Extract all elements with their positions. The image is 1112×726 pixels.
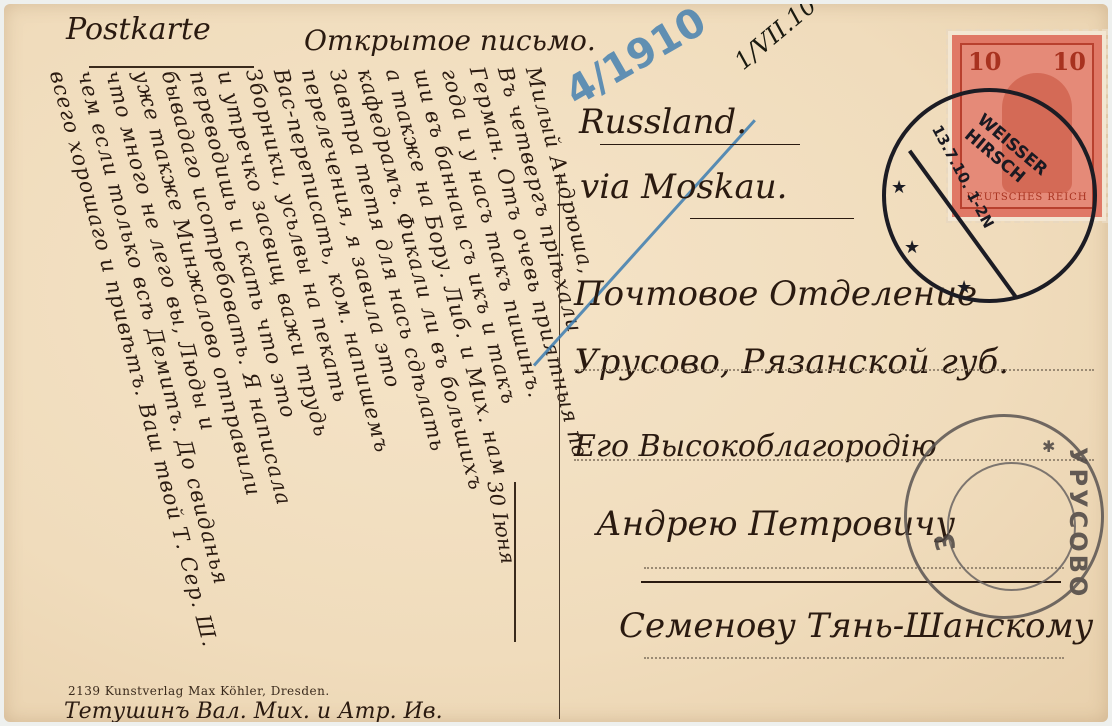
message-closing: Тетушинъ Вал. Мих. и Атр. Ив. [64,699,443,722]
star-icon: ★ [956,277,972,298]
address-dotted-line [644,657,1064,659]
departure-postmark: WEISSER HIRSCH 13.7.10. 1-2N ★ ★ ★ [882,88,1097,303]
asterisk-icon: ✱ [1042,437,1055,456]
stamp-value-left: 10 [968,47,1001,76]
address-line-4: Андрею Петровичу [596,504,955,544]
address-line-1: Почтовое Отделение [574,274,977,314]
star-icon: ★ [891,177,907,198]
address-dotted-line [574,369,1094,371]
star-icon: ★ [904,237,920,258]
route-underline [690,218,854,219]
postcard: Postkarte Открытое письмо. Милый Андрюша… [4,4,1108,722]
corner-date-annotation: 1/VII.10 [729,4,822,75]
arrival-postmark: УРУСОВО 3 ✱ [904,414,1104,619]
country-underline [600,144,800,145]
postcard-title-german: Postkarte [66,12,211,47]
center-divider [559,174,560,719]
address-line-2: Урусово, Рязанской губ. [574,342,1009,382]
title-underline [89,66,254,68]
publisher-imprint: 2139 Kunstverlag Max Köhler, Dresden. [68,684,330,698]
blue-pencil-annotation: 4/1910 [558,4,714,115]
postcard-title-russian: Открытое письмо. [304,24,596,57]
stamp-value-right: 10 [1053,47,1086,76]
arrival-postmark-inner-ring [947,462,1076,591]
address-country: Russland. [579,102,747,142]
address-route: via Moskau. [580,167,787,207]
arrival-postmark-town: УРУСОВО [1064,447,1092,599]
